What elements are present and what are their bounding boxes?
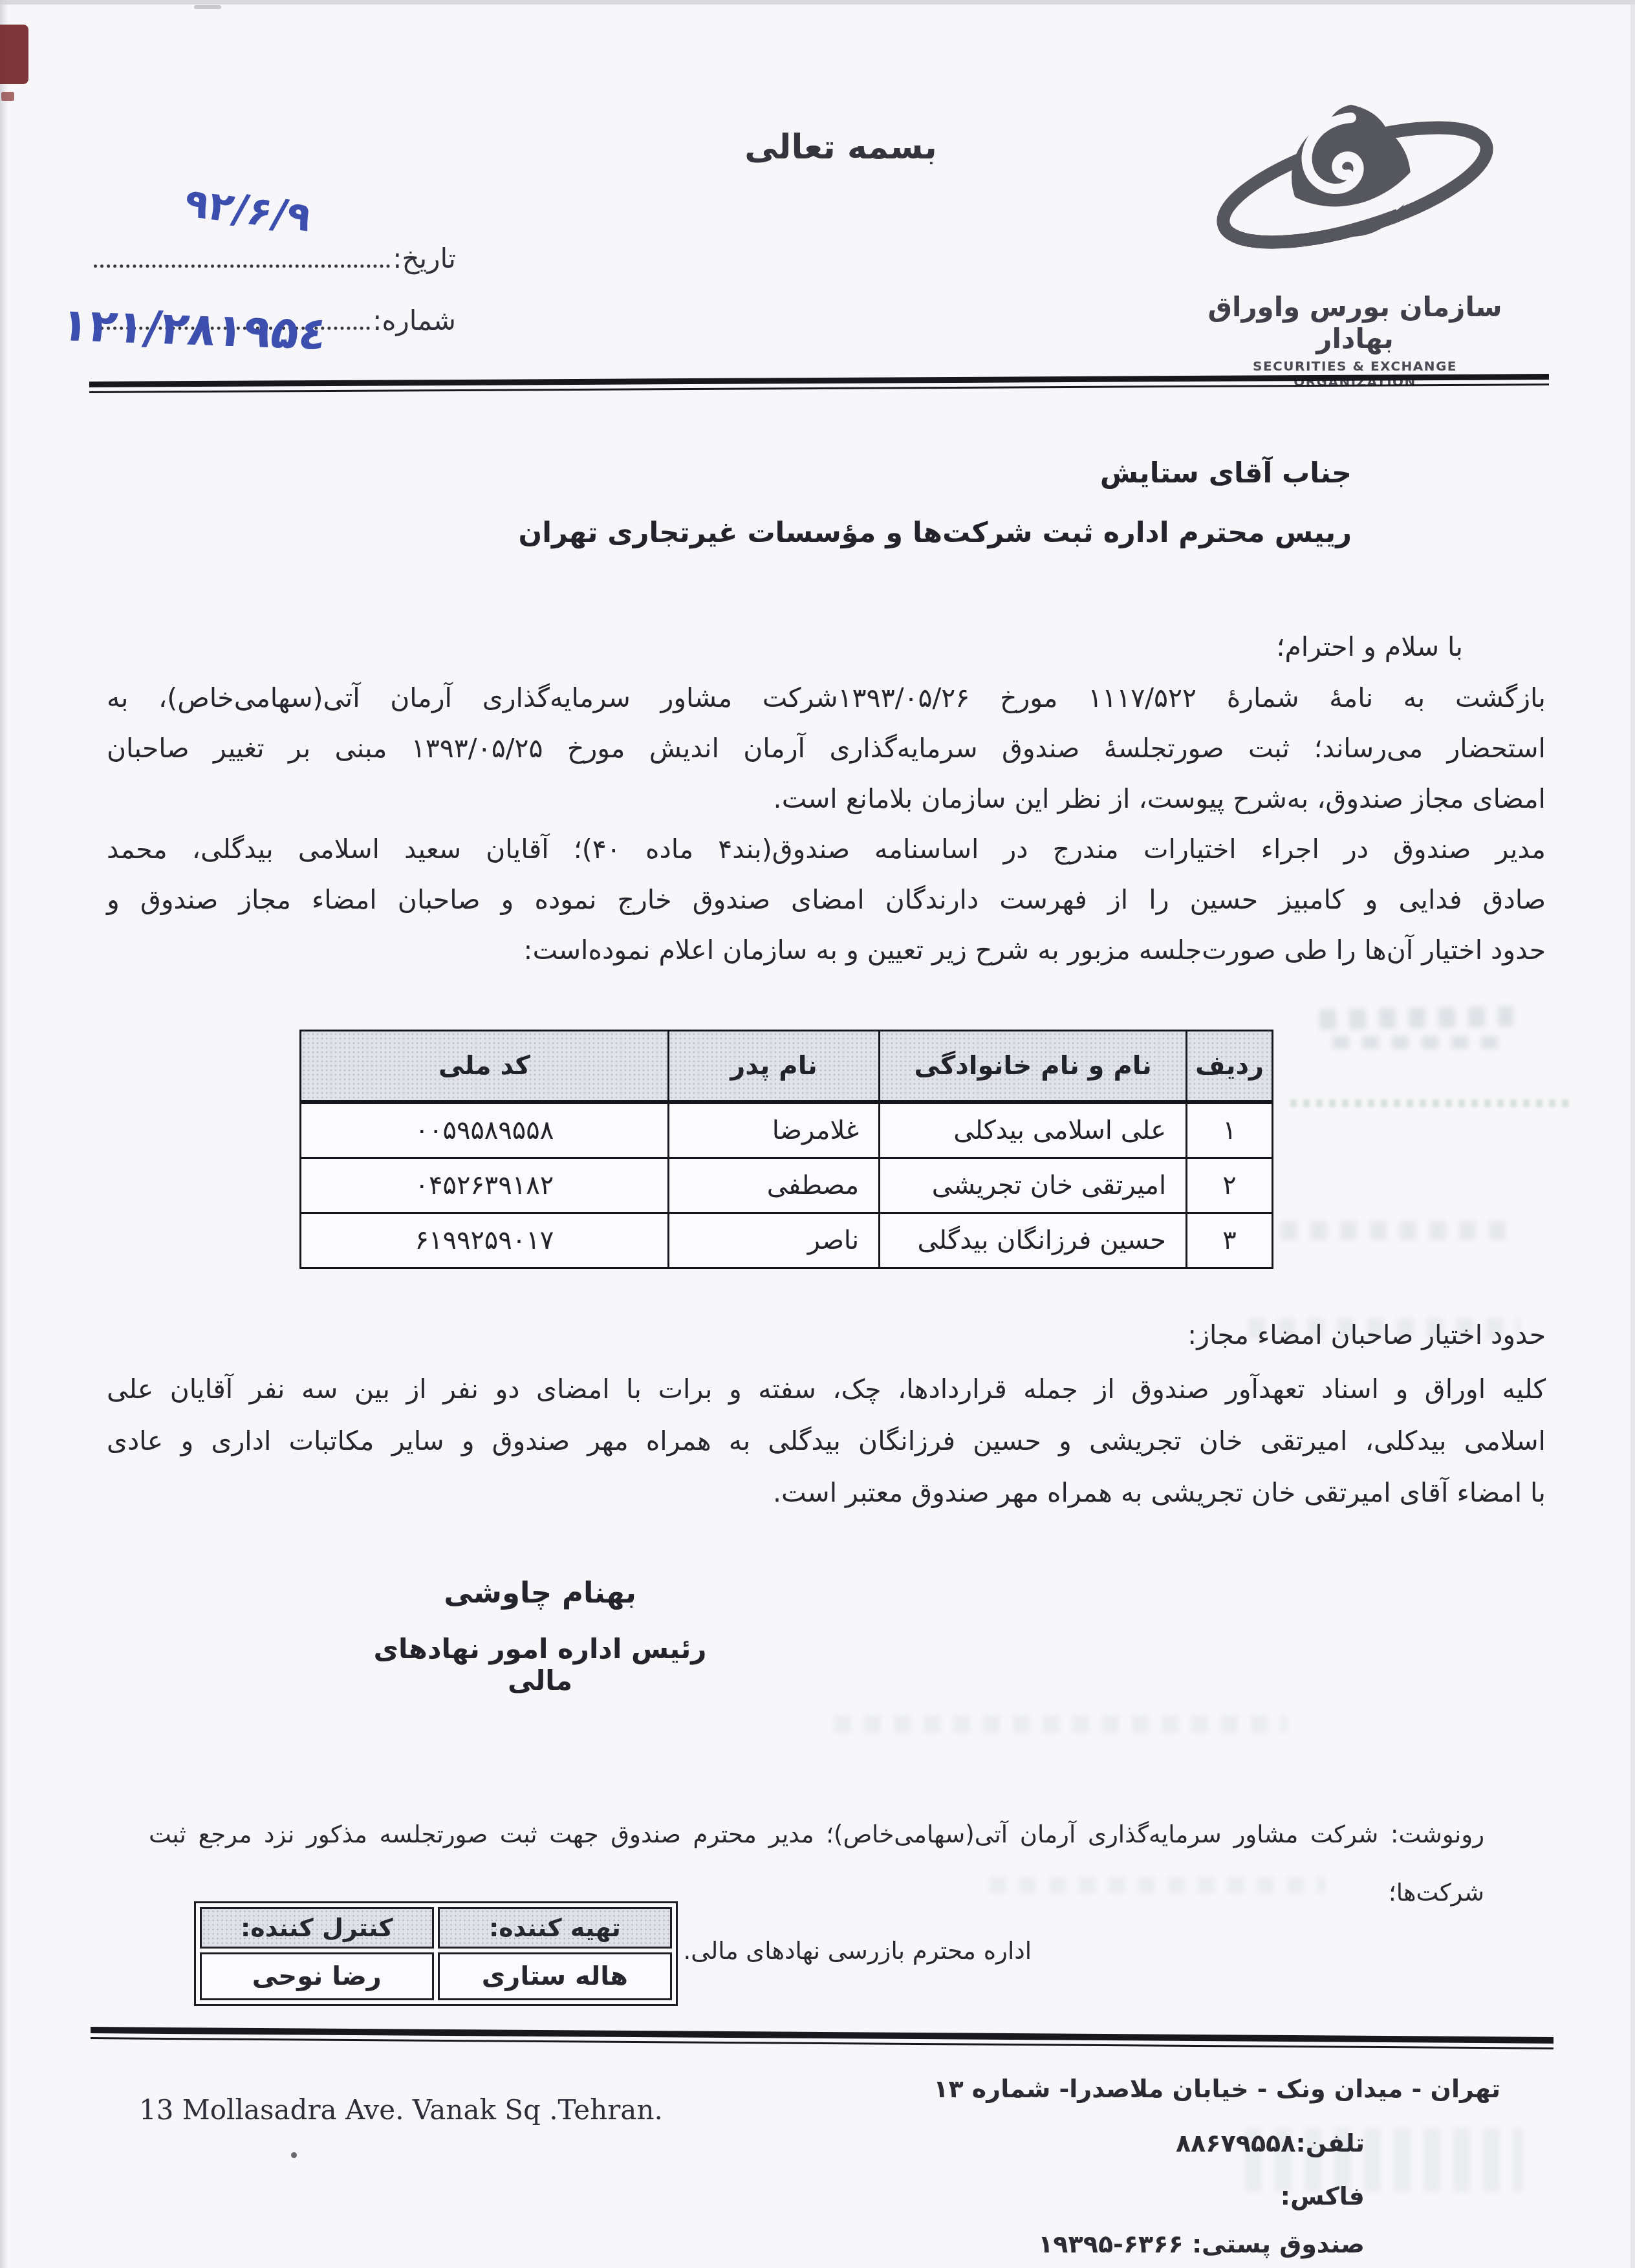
scan-corner-stain [1,92,14,101]
organization-letterhead: سازمان بورس واوراق بهادار SECURITIES & E… [1193,81,1517,389]
bleed-through-artifact [1319,1006,1514,1030]
body-line: امضای مجاز صندوق، به‌شرح پیوست، از نظر ا… [107,773,1546,824]
signer-name: بهنام چاوشی [359,1575,721,1610]
addressee-block: جناب آقای ستایش رییس محترم اداره ثبت شرک… [519,455,1352,552]
row-number: ۲ [1187,1158,1273,1213]
number-label: شماره: [373,305,456,336]
prepared-by-name: هاله ستاری [438,1952,672,2000]
col-header-father-name: نام پدر [668,1031,879,1103]
address-persian: تهران - میدان ونک - خیابان ملاصدرا- شمار… [933,2075,1500,2103]
fax-line: فاکس: [1281,2182,1365,2210]
table-header-row: ردیف نام و نام خانوادگی نام پدر کد ملی [301,1031,1273,1103]
letter-body: بازگشت به نامهٔ شمارهٔ ۱۱۱۷/۵۲۲ مورخ ۱۳۹… [107,673,1546,975]
handwritten-date: ۹۲/۶/۹ [180,179,316,241]
table-row: ۳ حسین فرزانگان بیدگلی ناصر ۶۱۹۹۲۵۹۰۱۷ [301,1213,1273,1268]
signer-title: رئیس اداره امور نهادهای مالی [359,1633,721,1696]
footer-divider-rule [91,2027,1554,2049]
date-label: تاریخ: [393,243,456,274]
prep-control-table: تهیه کننده: کنترل کننده: هاله ستاری رضا … [194,1901,678,2006]
full-name: امیرتقی خان تجریشی [880,1158,1187,1213]
national-id: ۰۴۵۲۶۳۹۱۸۲ [301,1158,669,1213]
date-field: تاریخ: [94,234,456,274]
scan-edge-artifact [1630,0,1635,2268]
authorized-signers-table: ردیف نام و نام خانوادگی نام پدر کد ملی ۱… [299,1030,1273,1269]
prep-value-row: هاله ستاری رضا نوحی [200,1952,672,2000]
body-line: استحضار می‌رساند؛ ثبت صورتجلسهٔ صندوق سر… [107,723,1546,773]
col-header-row-number: ردیف [1187,1031,1273,1103]
full-name: حسین فرزانگان بیدگلی [880,1213,1187,1268]
bleed-through-artifact [834,1715,1287,1733]
bismillah-heading: بسمه تعالی [647,128,1035,167]
scan-edge-artifact [0,0,8,2268]
scanned-letter-page: بسمه تعالی سازمان بورس واوراق بهادار SEC… [0,0,1635,2268]
table-row: ۱ علی اسلامی بیدکلی غلامرضا ۰۰۵۹۵۸۹۵۵۸ [301,1102,1273,1158]
pobox-label: صندوق پستی: [1192,2230,1365,2258]
table-row: ۲ امیرتقی خان تجریشی مصطفی ۰۴۵۲۶۳۹۱۸۲ [301,1158,1273,1213]
bleed-through-artifact [1281,1221,1513,1240]
greeting-line: با سلام و احترام؛ [1276,631,1463,662]
addressee-name: جناب آقای ستایش [519,455,1352,492]
limits-paragraph: کلیه اوراق و اسناد تعهدآور صندوق از جمله… [107,1363,1546,1518]
bleed-through-artifact [1290,1099,1568,1107]
ink-dot [291,2152,297,2158]
body-line: بازگشت به نامهٔ شمارهٔ ۱۱۱۷/۵۲۲ مورخ ۱۳۹… [107,673,1546,723]
row-number: ۳ [1187,1213,1273,1268]
row-number: ۱ [1187,1102,1273,1158]
body-line: مدیر صندوق در اجراء اختیارات مندرج در اس… [107,824,1546,874]
org-name-persian: سازمان بورس واوراق بهادار [1193,291,1517,354]
header-divider-rule [89,374,1549,393]
body-line: صادق فدایی و کامبیز حسین را از فهرست دار… [107,874,1546,925]
body-line: اسلامی بیدکلی، امیرتقی خان تجریشی و حسین… [107,1415,1546,1467]
father-name: غلامرضا [668,1102,879,1158]
body-line: با امضاء آقای امیرتقی خان تجریشی به همرا… [107,1467,1546,1518]
father-name: ناصر [668,1213,879,1268]
controlled-by-label: کنترل کننده: [200,1907,434,1949]
prep-header-row: تهیه کننده: کنترل کننده: [200,1907,672,1949]
col-header-national-id: کد ملی [301,1031,669,1103]
national-id: ۰۰۵۹۵۸۹۵۵۸ [301,1102,669,1158]
handwritten-reference-number: ۱۲۱/۲۸۱۹۵٤ [58,298,331,360]
pobox-number: ۱۹۳۹۵-۶۳۶۶ [1038,2230,1184,2258]
body-line: کلیه اوراق و اسناد تعهدآور صندوق از جمله… [107,1363,1546,1415]
full-name: علی اسلامی بیدکلی [880,1102,1187,1158]
national-id: ۶۱۹۹۲۵۹۰۱۷ [301,1213,669,1268]
addressee-title: رییس محترم اداره ثبت شرکت‌ها و مؤسسات غی… [519,514,1352,552]
address-english: 13 Mollasadra Ave. Vanak Sq .Tehran. [139,2094,663,2126]
pobox-line: صندوق پستی: ۱۹۳۹۵-۶۳۶۶ [1038,2230,1365,2258]
prepared-by-label: تهیه کننده: [438,1907,672,1949]
limits-heading: حدود اختیار صاحبان امضاء مجاز: [1187,1319,1546,1350]
dotted-leader [94,264,390,268]
seo-globe-logo-icon [1193,81,1517,288]
bleed-through-artifact [1332,1036,1507,1049]
father-name: مصطفی [668,1158,879,1213]
signature-block: بهنام چاوشی رئیس اداره امور نهادهای مالی [359,1575,721,1696]
scan-edge-artifact [0,0,1635,5]
body-line: حدود اختیار آن‌ها را طی صورت‌جلسه مزبور … [107,925,1546,975]
scan-corner-stain [0,25,28,84]
scan-smudge [194,5,221,9]
phone-line: تلفن:۸۸۶۷۹۵۵۸ [1176,2129,1365,2157]
controlled-by-name: رضا نوحی [200,1952,434,2000]
col-header-full-name: نام و نام خانوادگی [880,1031,1187,1103]
